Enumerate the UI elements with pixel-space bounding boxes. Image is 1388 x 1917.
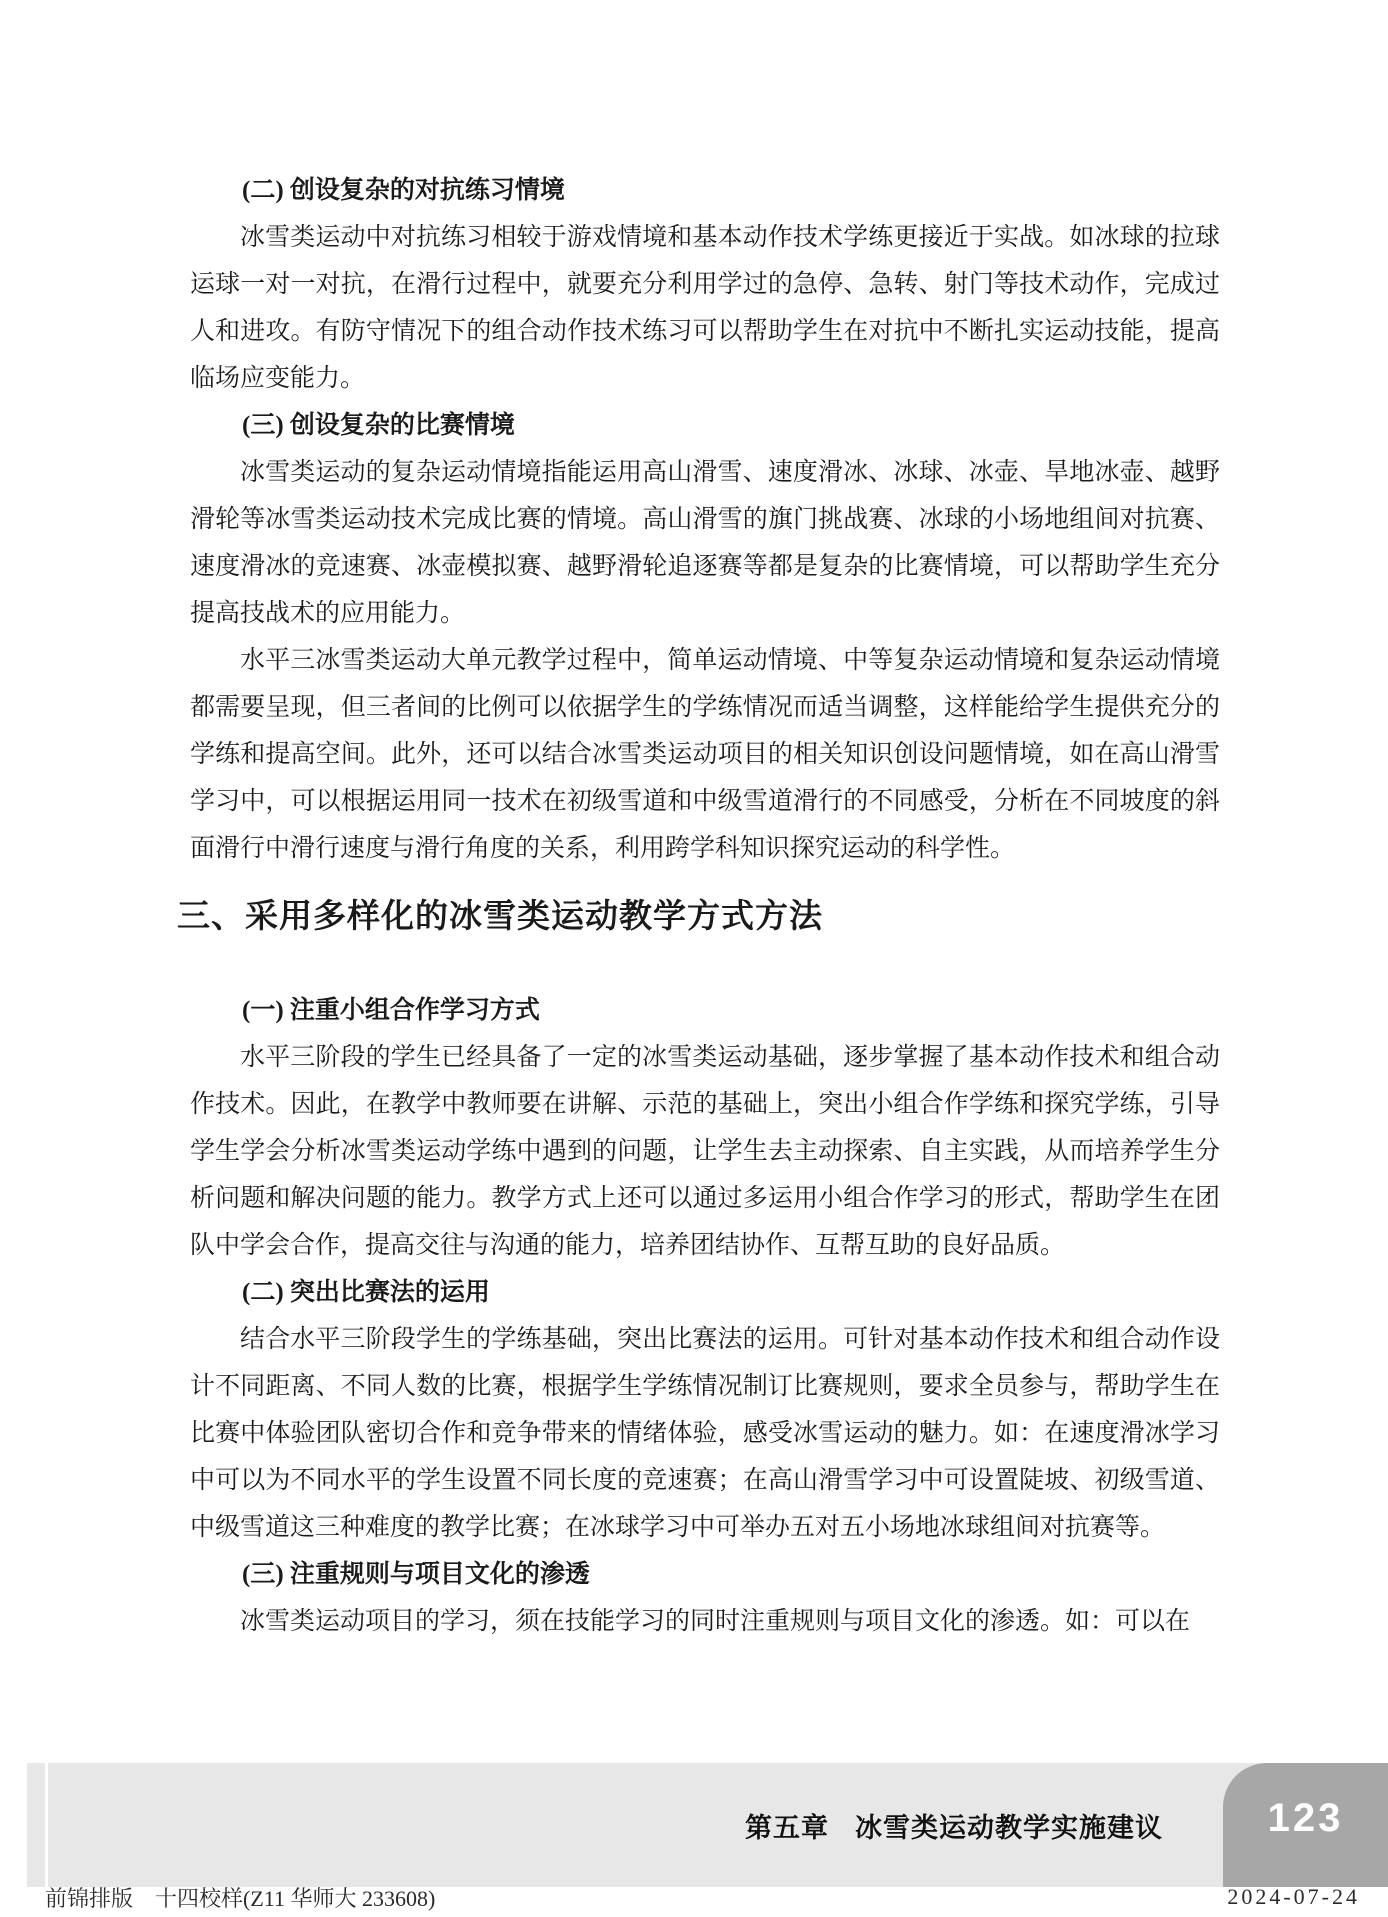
book-page: { "content": { "blocks": [ { "type": "su…: [0, 0, 1388, 1917]
sub-heading: (三) 创设复杂的比赛情境: [190, 402, 1220, 449]
page-number: 123: [1268, 1796, 1344, 1841]
page-body: (二) 创设复杂的对抗练习情境冰雪类运动中对抗练习相较于游戏情境和基本动作技术学…: [190, 167, 1220, 1645]
body-paragraph: 水平三阶段的学生已经具备了一定的冰雪类运动基础，逐步掌握了基本动作技术和组合动作…: [190, 1034, 1220, 1269]
section-heading: 三、采用多样化的冰雪类运动教学方式方法: [177, 892, 1220, 940]
sub-heading: (二) 创设复杂的对抗练习情境: [190, 167, 1220, 214]
body-paragraph: 冰雪类运动中对抗练习相较于游戏情境和基本动作技术学练更接近于实战。如冰球的拉球运…: [190, 214, 1220, 402]
body-paragraph: 水平三冰雪类运动大单元教学过程中，简单运动情境、中等复杂运动情境和复杂运动情境都…: [190, 637, 1220, 872]
proof-text: 前锦排版 十四校样(Z11 华师大 233608): [45, 1882, 435, 1913]
footer-band: 第五章 冰雪类运动教学实施建议: [48, 1763, 1388, 1887]
sub-heading: (三) 注重规则与项目文化的渗透: [190, 1551, 1220, 1598]
chapter-title-text: 冰雪类运动教学实施建议: [855, 1806, 1163, 1845]
page-number-badge: 123: [1223, 1763, 1388, 1887]
proof-line: 前锦排版 十四校样(Z11 华师大 233608) 2024-07-24: [45, 1882, 1360, 1912]
chapter-label: 第五章: [745, 1806, 829, 1845]
footer-left-tab: [27, 1763, 45, 1887]
body-paragraph: 冰雪类运动项目的学习，须在技能学习的同时注重规则与项目文化的渗透。如：可以在: [190, 1598, 1220, 1645]
proof-date: 2024-07-24: [1227, 1884, 1360, 1910]
sub-heading: (二) 突出比赛法的运用: [190, 1269, 1220, 1316]
chapter-title: 第五章 冰雪类运动教学实施建议: [745, 1763, 1163, 1887]
sub-heading: (一) 注重小组合作学习方式: [190, 987, 1220, 1034]
body-paragraph: 冰雪类运动的复杂运动情境指能运用高山滑雪、速度滑冰、冰球、冰壶、旱地冰壶、越野滑…: [190, 449, 1220, 637]
body-paragraph: 结合水平三阶段学生的学练基础，突出比赛法的运用。可针对基本动作技术和组合动作设计…: [190, 1316, 1220, 1551]
